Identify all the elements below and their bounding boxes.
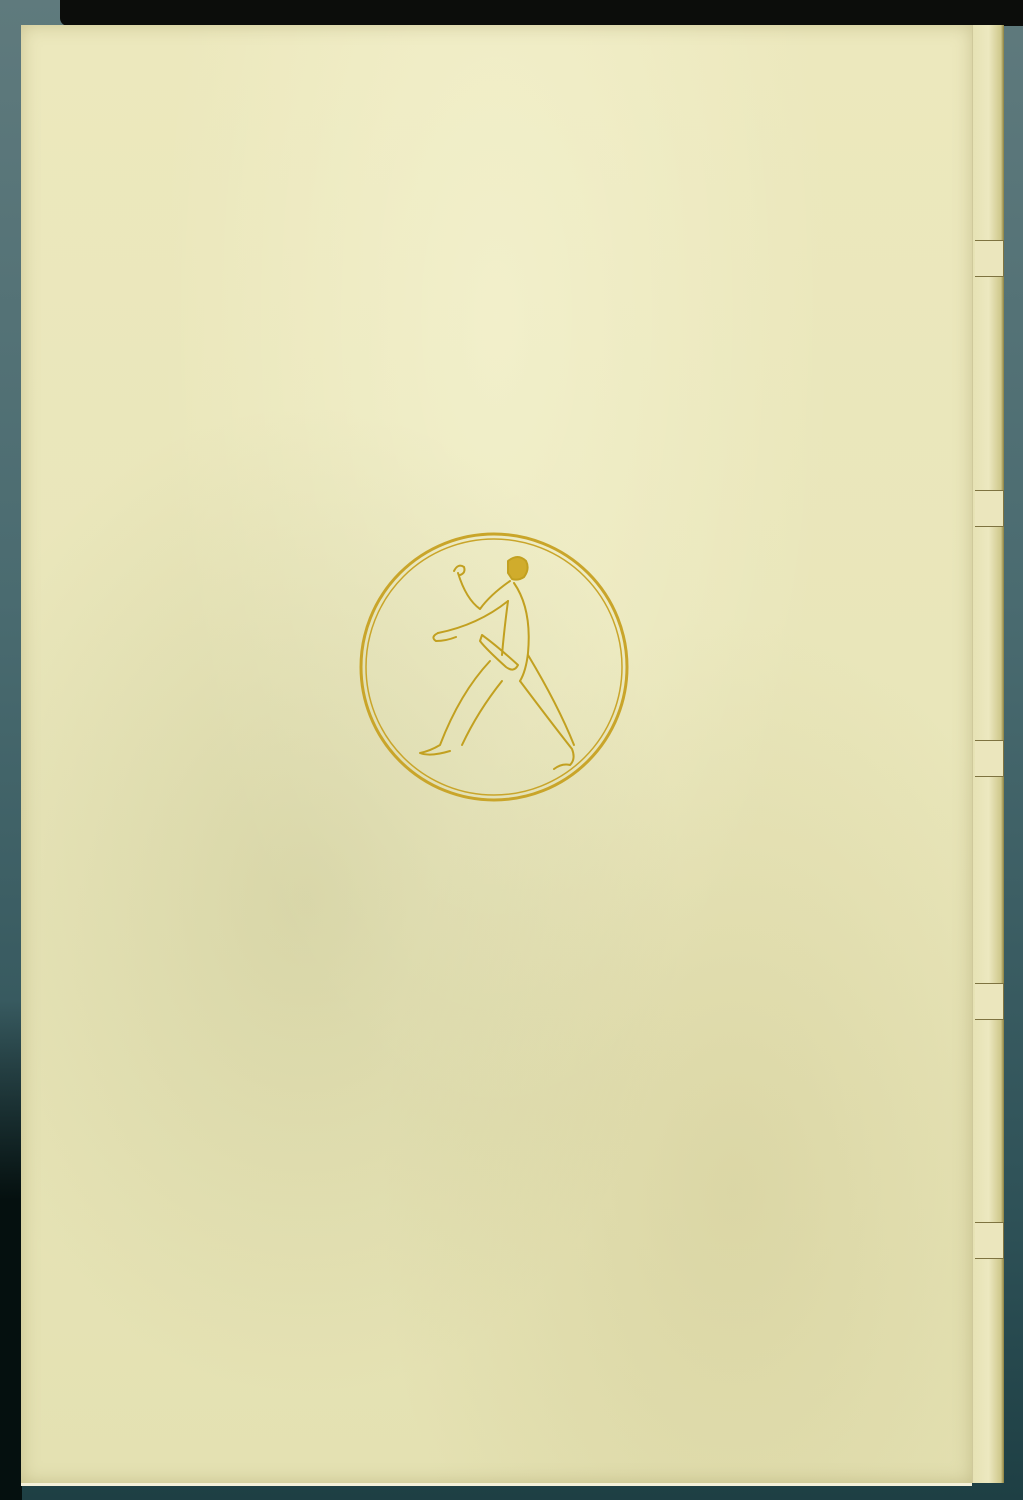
spine-tab [975, 983, 1004, 1020]
background-shadow-top [60, 0, 1023, 26]
spine-tab [975, 740, 1004, 777]
striding-figure-medallion-icon [358, 531, 630, 803]
spine-tab [975, 240, 1004, 277]
spine-tab [975, 490, 1004, 527]
background-shadow-left [0, 1000, 22, 1500]
spine-tab [975, 1222, 1004, 1259]
